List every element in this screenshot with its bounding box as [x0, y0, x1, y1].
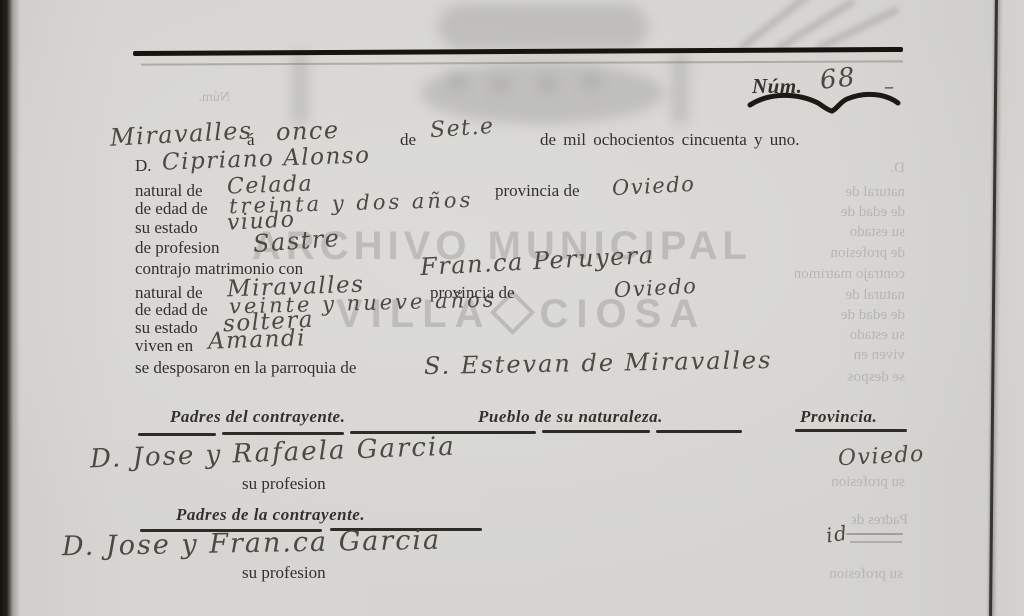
bleed-profesion-1: de profesion [810, 245, 905, 262]
bleed-natural-2: natural de [815, 287, 905, 304]
table-col3-header: Provincia. [800, 407, 877, 427]
bleed-estado-2: su estado [820, 327, 905, 344]
scanned-marriage-record: ARCHIVO MUNICIPAL VILLACIOSA Núm. 68 – M… [0, 0, 1024, 616]
table-col2-header: Pueblo de su naturaleza. [478, 407, 663, 427]
crest-circle-2 [492, 76, 510, 94]
parroquia-label: se desposaron en la parroquia de [135, 358, 356, 378]
groom-title-label: D. [135, 156, 152, 176]
col1-rule-1 [138, 433, 216, 436]
groom-edad-label: de edad de [135, 199, 208, 219]
bleed-contrajo: contrajo matrimonio con [795, 266, 905, 283]
col3-rule [795, 429, 907, 432]
col2-rule-3 [656, 430, 742, 433]
bride-provincia-handwritten: Oviedo [613, 274, 697, 302]
groom-parents-handwritten: D. Jose y Rafaela Garcia [90, 432, 457, 475]
bleed-profesion-row2: su profesion [818, 566, 903, 583]
col1-rule-2 [222, 432, 344, 435]
bleed-edad-2: de edad de [815, 307, 905, 324]
bleed-estado-1: su estado [820, 224, 905, 241]
bleed-d: D. [875, 160, 905, 177]
crest-circle-1 [448, 72, 466, 90]
bleed-desposaron: se desposaron en la parroquia de [847, 369, 905, 386]
groom-provincia-label: provincia de [495, 181, 580, 201]
parroquia-handwritten: S. Estevan de Miravalles [424, 346, 773, 380]
date-prep-de: de [400, 130, 416, 150]
bleed-natural-1: natural de [815, 184, 905, 201]
section2-rule-right [846, 533, 903, 535]
table-col1-header: Padres del contrayente. [170, 407, 345, 427]
groom-profesion-label: de profesion [135, 238, 220, 258]
groom-provincia-handwritten: Oviedo [611, 172, 695, 200]
groom-parents-profesion-label: su profesion [242, 474, 326, 494]
date-day-handwritten: once [276, 116, 341, 146]
num-flourish-brace [744, 90, 904, 116]
bleed-viven: viven en [828, 347, 905, 364]
crest-circle-4 [582, 72, 600, 90]
crest-top-blob [438, 4, 648, 50]
table-section2-header: Padres de la contrayente. [176, 505, 365, 525]
top-rule-bar [133, 47, 903, 56]
bleed-num: Núm. [184, 90, 230, 106]
col2-rule-1 [448, 431, 536, 434]
bride-parents-handwritten: D. Jose y Fran.ca Garcia [62, 525, 442, 563]
col2-rule-2 [542, 430, 650, 433]
bleed-profesion-row1: su profesion [823, 474, 905, 491]
bride-parents-profesion-label: su profesion [242, 563, 326, 583]
crest-circle-3 [538, 76, 556, 94]
bleed-rule-bottom [850, 541, 902, 543]
groom-estado-label: su estado [135, 218, 198, 238]
crest-ray-1 [738, 0, 813, 51]
date-year-printed: de mil ochocientos cincuenta y uno. [540, 130, 800, 150]
viven-label: viven en [135, 336, 193, 356]
groom-parents-provincia-handwritten: Oviedo [837, 442, 925, 472]
page-left-edge [0, 0, 20, 616]
bleed-edad-1: de edad de [815, 204, 905, 221]
viven-handwritten: Amandi [208, 325, 307, 354]
bleed-padres-contrayente: Padres de la contrayente. [852, 512, 908, 529]
date-month-handwritten: Set.e [429, 114, 495, 143]
bride-parents-provincia-handwritten: id [824, 521, 849, 548]
page-fold-line [989, 0, 998, 616]
